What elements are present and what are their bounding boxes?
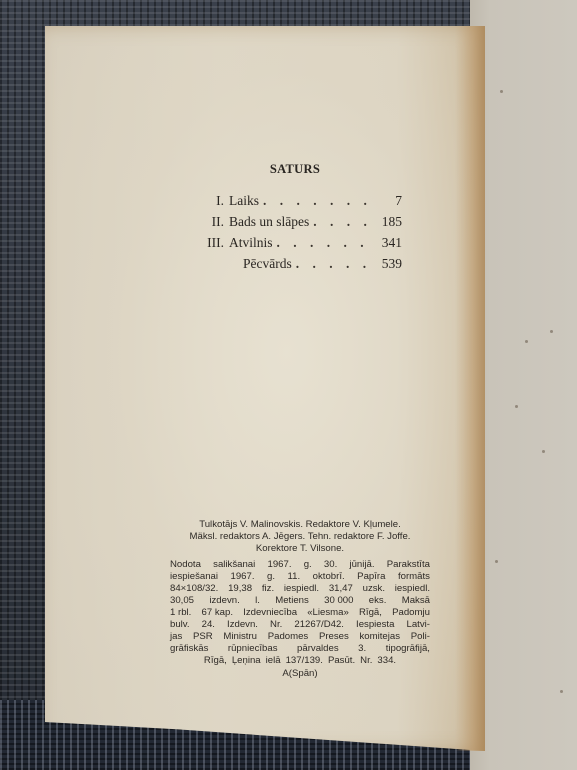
paper-speck — [500, 90, 503, 93]
word: 1 rbl. — [170, 607, 191, 619]
toc-entry: I. Laiks . . . . . . . . . 7 — [200, 193, 402, 214]
word: Rīgā, — [359, 607, 382, 619]
word: g. — [267, 571, 275, 583]
details-line: 1 rbl. 67 kap. Izdevniecība «Liesma» Rīg… — [170, 607, 430, 619]
word: ielā — [266, 655, 281, 667]
toc-entry: II. Bads un slāpes . . . . . . 185 — [200, 214, 402, 235]
toc-leader-dots: . . . . . . . . — [277, 235, 376, 251]
word: tipogrāfijā, — [386, 643, 430, 655]
word: Padomes — [268, 631, 309, 643]
imprint-details: Nodota salikšanai 1967. g. 30. jūnijā. P… — [170, 559, 430, 667]
word: fiz. — [262, 583, 274, 595]
word: 11. — [288, 571, 301, 583]
word: Padomju — [392, 607, 430, 619]
word: 31,47 — [329, 583, 353, 595]
toc-entry-number: I. — [200, 193, 224, 209]
word: Metiens — [275, 595, 309, 607]
word: 84×108/32. — [170, 583, 218, 595]
word: Iespiesta — [356, 619, 394, 631]
toc-entry-label: Pēcvārds — [243, 256, 292, 272]
paper-speck — [515, 405, 518, 408]
word: pārvaldes — [297, 643, 339, 655]
credits-line: Tulkotājs V. Malinovskis. Redaktore V. K… — [170, 519, 430, 531]
word: eks. — [369, 595, 387, 607]
toc-entry-page: 7 — [380, 193, 402, 209]
imprint-block: Tulkotājs V. Malinovskis. Redaktore V. K… — [170, 519, 430, 680]
details-line: 84×108/32. 19,38 fiz. iespiedl. 31,47 uz… — [170, 583, 430, 595]
word: Poli- — [411, 631, 430, 643]
word: grāfiskās — [170, 643, 208, 655]
toc-entry-label: Bads un slāpes — [229, 214, 309, 230]
word: iespiešanai — [170, 571, 218, 583]
word: iespiedl. — [284, 583, 319, 595]
paper-speck — [525, 340, 528, 343]
word: bulv. — [170, 619, 190, 631]
toc-leader-dots: . . . . . . . . . — [263, 193, 376, 209]
word: Rīgā, — [204, 655, 227, 667]
word: 30. — [324, 559, 337, 571]
credits-line: Korektore T. Vilsone. — [170, 543, 430, 555]
word: Ministru — [223, 631, 257, 643]
toc-entry: III. Atvilnis . . . . . . . . 341 — [200, 235, 402, 256]
word: 3. — [358, 643, 366, 655]
details-line: jas PSR Ministru Padomes Preses komiteja… — [170, 631, 430, 643]
word: uzsk. — [363, 583, 385, 595]
word: 24. — [202, 619, 215, 631]
toc-entry-label: Atvilnis — [229, 235, 273, 251]
paper-speck — [560, 690, 563, 693]
details-line: 30,05 izdevn. l. Metiens 30 000 eks. Mak… — [170, 595, 430, 607]
details-line: grāfiskās rūpniecības pārvaldes 3. tipog… — [170, 643, 430, 655]
word: Papīra — [357, 571, 385, 583]
toc-entry-number: III. — [200, 235, 224, 251]
word: 1967. — [267, 559, 291, 571]
toc-entry-number: II. — [200, 214, 224, 230]
toc-entry-label: Laiks — [229, 193, 259, 209]
word: Izdevn. — [227, 619, 258, 631]
word: PSR — [193, 631, 213, 643]
print-code: A(Spān) — [170, 668, 430, 680]
word: «Liesma» — [307, 607, 349, 619]
word: g. — [304, 559, 312, 571]
toc-entry-page: 539 — [380, 256, 402, 272]
word: oktobrī. — [313, 571, 345, 583]
paper-speck — [495, 560, 498, 563]
facing-page — [470, 0, 577, 770]
word: Nodota — [170, 559, 201, 571]
word: 137/139. — [286, 655, 323, 667]
word: jūnijā. — [349, 559, 374, 571]
toc-entry-page: 185 — [380, 214, 402, 230]
word: 30,05 — [170, 595, 194, 607]
word: l. — [255, 595, 260, 607]
word: iespiedl. — [395, 583, 430, 595]
word: jas — [170, 631, 182, 643]
word: Latvi- — [407, 619, 430, 631]
table-of-contents: I. Laiks . . . . . . . . . 7 II. Bads un… — [200, 193, 402, 277]
word: 21267/D42. — [294, 619, 344, 631]
word: Parakstīta — [387, 559, 430, 571]
credits-line: Mäksl. redaktors A. Jēgers. Tehn. redakt… — [170, 531, 430, 543]
word: 1967. — [231, 571, 255, 583]
word: 334. — [377, 655, 396, 667]
toc-entry-page: 341 — [380, 235, 402, 251]
details-line: Nodota salikšanai 1967. g. 30. jūnijā. P… — [170, 559, 430, 571]
word: Nr. — [270, 619, 282, 631]
toc-entry: Pēcvārds . . . . . . . . 539 — [200, 256, 402, 277]
details-line: bulv. 24. Izdevn. Nr. 21267/D42. Iespies… — [170, 619, 430, 631]
toc-leader-dots: . . . . . . — [313, 214, 376, 230]
toc-title: SATURS — [45, 162, 485, 177]
word: Preses — [319, 631, 349, 643]
word: 30 000 — [324, 595, 353, 607]
word: Ļeņina — [232, 655, 261, 667]
details-line: Rīgā, Ļeņina ielā 137/139. Pasūt. Nr. 33… — [170, 655, 430, 667]
word: formāts — [398, 571, 430, 583]
word: Nr. — [360, 655, 372, 667]
word: 67 kap. — [202, 607, 233, 619]
imprint-credits: Tulkotājs V. Malinovskis. Redaktore V. K… — [170, 519, 430, 555]
word: 19,38 — [228, 583, 252, 595]
word: komitejas — [360, 631, 401, 643]
word: izdevn. — [209, 595, 239, 607]
page-content: SATURS I. Laiks . . . . . . . . . 7 II. … — [45, 26, 485, 751]
paper-speck — [542, 450, 545, 453]
word: Pasūt. — [328, 655, 355, 667]
word: rūpniecības — [228, 643, 278, 655]
paper-speck — [550, 330, 553, 333]
details-line: iespiešanai 1967. g. 11. oktobrī. Papīra… — [170, 571, 430, 583]
word: salikšanai — [213, 559, 255, 571]
word: Izdevniecība — [243, 607, 297, 619]
word: Maksā — [402, 595, 430, 607]
toc-leader-dots: . . . . . . . . — [296, 256, 376, 272]
